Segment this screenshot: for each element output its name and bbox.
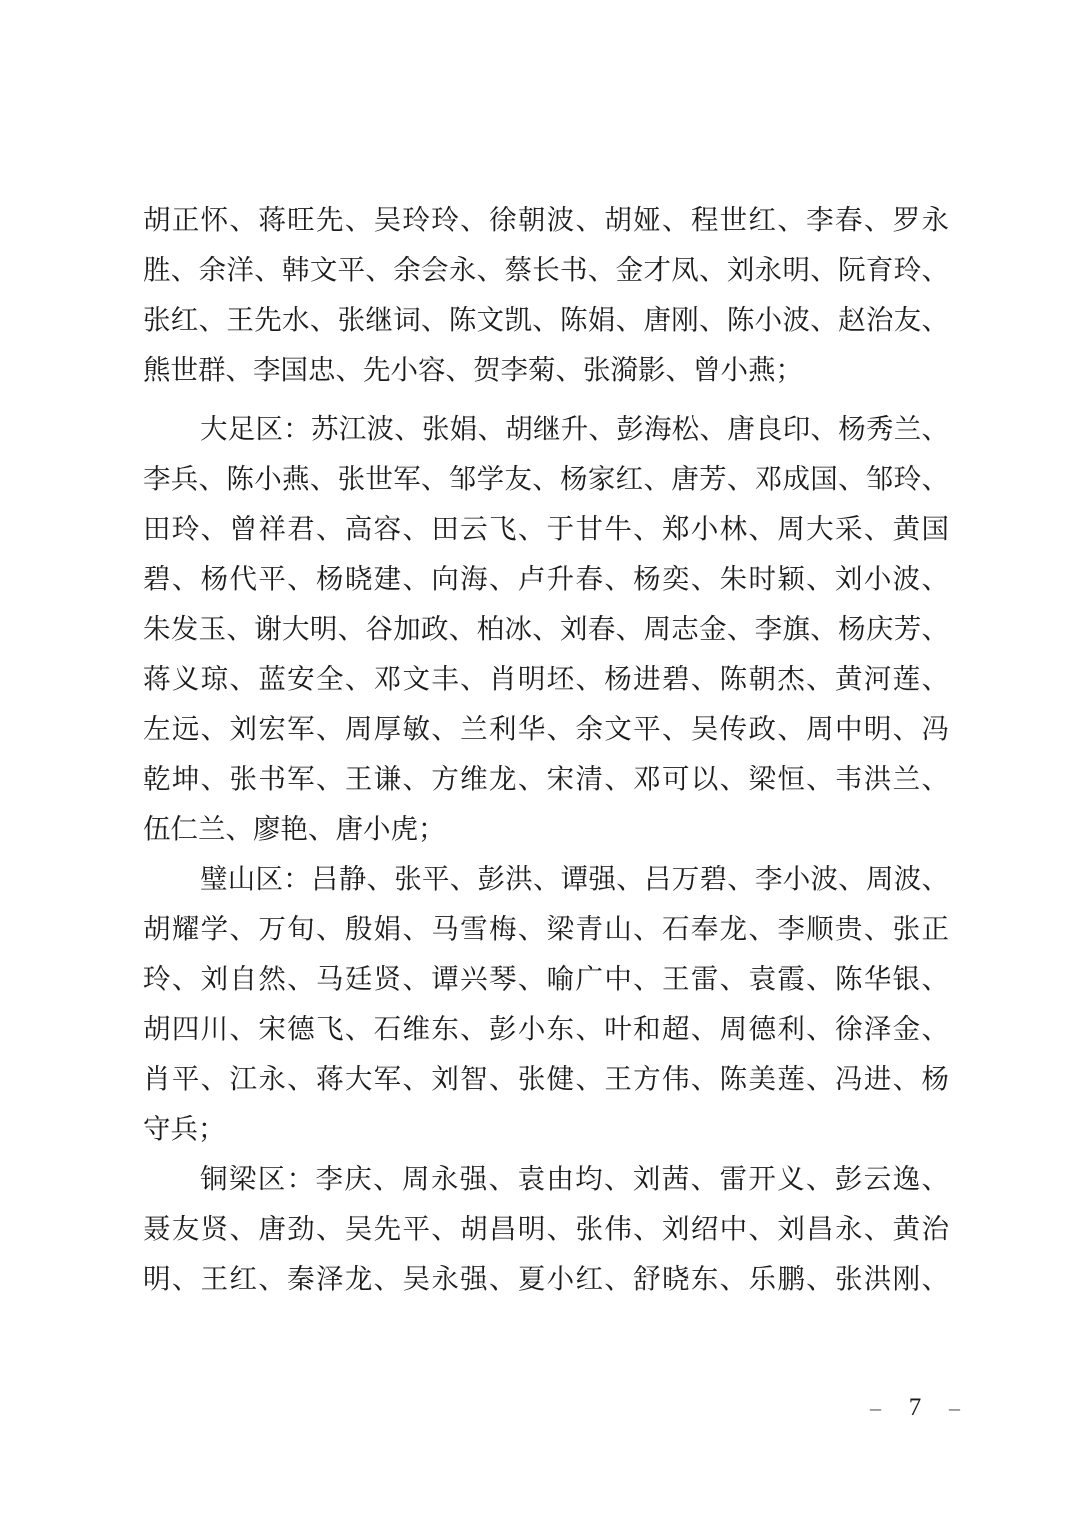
text-line: 蒋义琼、蓝安全、邓文丰、肖明坯、杨进碧、陈朝杰、黄河莲、 [143, 654, 949, 704]
text-line: 明、王红、秦泽龙、吴永强、夏小红、舒晓东、乐鹏、张洪刚、 [143, 1254, 949, 1304]
text-line: 守兵； [143, 1104, 949, 1154]
text-line: 乾坤、张书军、王谦、方维龙、宋清、邓可以、梁恒、韦洪兰、 [143, 754, 949, 804]
text-line: 大足区：苏江波、张娟、胡继升、彭海松、唐良印、杨秀兰、 [143, 404, 949, 454]
page-number-value: 7 [909, 1394, 922, 1422]
paragraph-continuation-names: 胡正怀、蒋旺先、吴玲玲、徐朝波、胡娅、程世红、李春、罗永 胜、余洋、韩文平、余会… [143, 195, 949, 395]
text-line: 胜、余洋、韩文平、余会永、蔡长书、金才凤、刘永明、阮育玲、 [143, 245, 949, 295]
page-number-right-dash: – [949, 1397, 960, 1419]
text-line: 碧、杨代平、杨晓建、向海、卢升春、杨奕、朱时颖、刘小波、 [143, 554, 949, 604]
page-number: – 7 – [870, 1394, 960, 1422]
text-line: 李兵、陈小燕、张世军、邹学友、杨家红、唐芳、邓成国、邹玲、 [143, 454, 949, 504]
text-line: 璧山区：吕静、张平、彭洪、谭强、吕万碧、李小波、周波、 [143, 854, 949, 904]
text-line: 胡正怀、蒋旺先、吴玲玲、徐朝波、胡娅、程世红、李春、罗永 [143, 195, 949, 245]
document-body-text: 胡正怀、蒋旺先、吴玲玲、徐朝波、胡娅、程世红、李春、罗永 胜、余洋、韩文平、余会… [143, 195, 949, 1304]
text-line: 玲、刘自然、马廷贤、谭兴琴、喻广中、王雷、袁霞、陈华银、 [143, 954, 949, 1004]
document-page: 胡正怀、蒋旺先、吴玲玲、徐朝波、胡娅、程世红、李春、罗永 胜、余洋、韩文平、余会… [0, 0, 1074, 1520]
text-line: 田玲、曾祥君、高容、田云飞、于甘牛、郑小林、周大采、黄国 [143, 504, 949, 554]
text-line: 铜梁区：李庆、周永强、袁由均、刘茜、雷开义、彭云逸、 [143, 1154, 949, 1204]
page-number-left-dash: – [870, 1397, 881, 1419]
paragraph-dazu-district: 大足区：苏江波、张娟、胡继升、彭海松、唐良印、杨秀兰、 李兵、陈小燕、张世军、邹… [143, 404, 949, 854]
text-line: 聂友贤、唐劲、吴先平、胡昌明、张伟、刘绍中、刘昌永、黄治 [143, 1204, 949, 1254]
text-line: 张红、王先水、张继词、陈文凯、陈娟、唐刚、陈小波、赵治友、 [143, 295, 949, 345]
text-line: 胡四川、宋德飞、石维东、彭小东、叶和超、周德利、徐泽金、 [143, 1004, 949, 1054]
paragraph-bishan-district: 璧山区：吕静、张平、彭洪、谭强、吕万碧、李小波、周波、 胡耀学、万旬、殷娟、马雪… [143, 854, 949, 1154]
text-line: 朱发玉、谢大明、谷加政、柏冰、刘春、周志金、李旗、杨庆芳、 [143, 604, 949, 654]
text-line: 胡耀学、万旬、殷娟、马雪梅、梁青山、石奉龙、李顺贵、张正 [143, 904, 949, 954]
text-line: 左远、刘宏军、周厚敏、兰利华、余文平、吴传政、周中明、冯 [143, 704, 949, 754]
text-line: 伍仁兰、廖艳、唐小虎； [143, 804, 949, 854]
text-line: 肖平、江永、蒋大军、刘智、张健、王方伟、陈美莲、冯进、杨 [143, 1054, 949, 1104]
text-line: 熊世群、李国忠、先小容、贺李菊、张漪影、曾小燕； [143, 345, 949, 395]
paragraph-tongliang-district: 铜梁区：李庆、周永强、袁由均、刘茜、雷开义、彭云逸、 聂友贤、唐劲、吴先平、胡昌… [143, 1154, 949, 1304]
